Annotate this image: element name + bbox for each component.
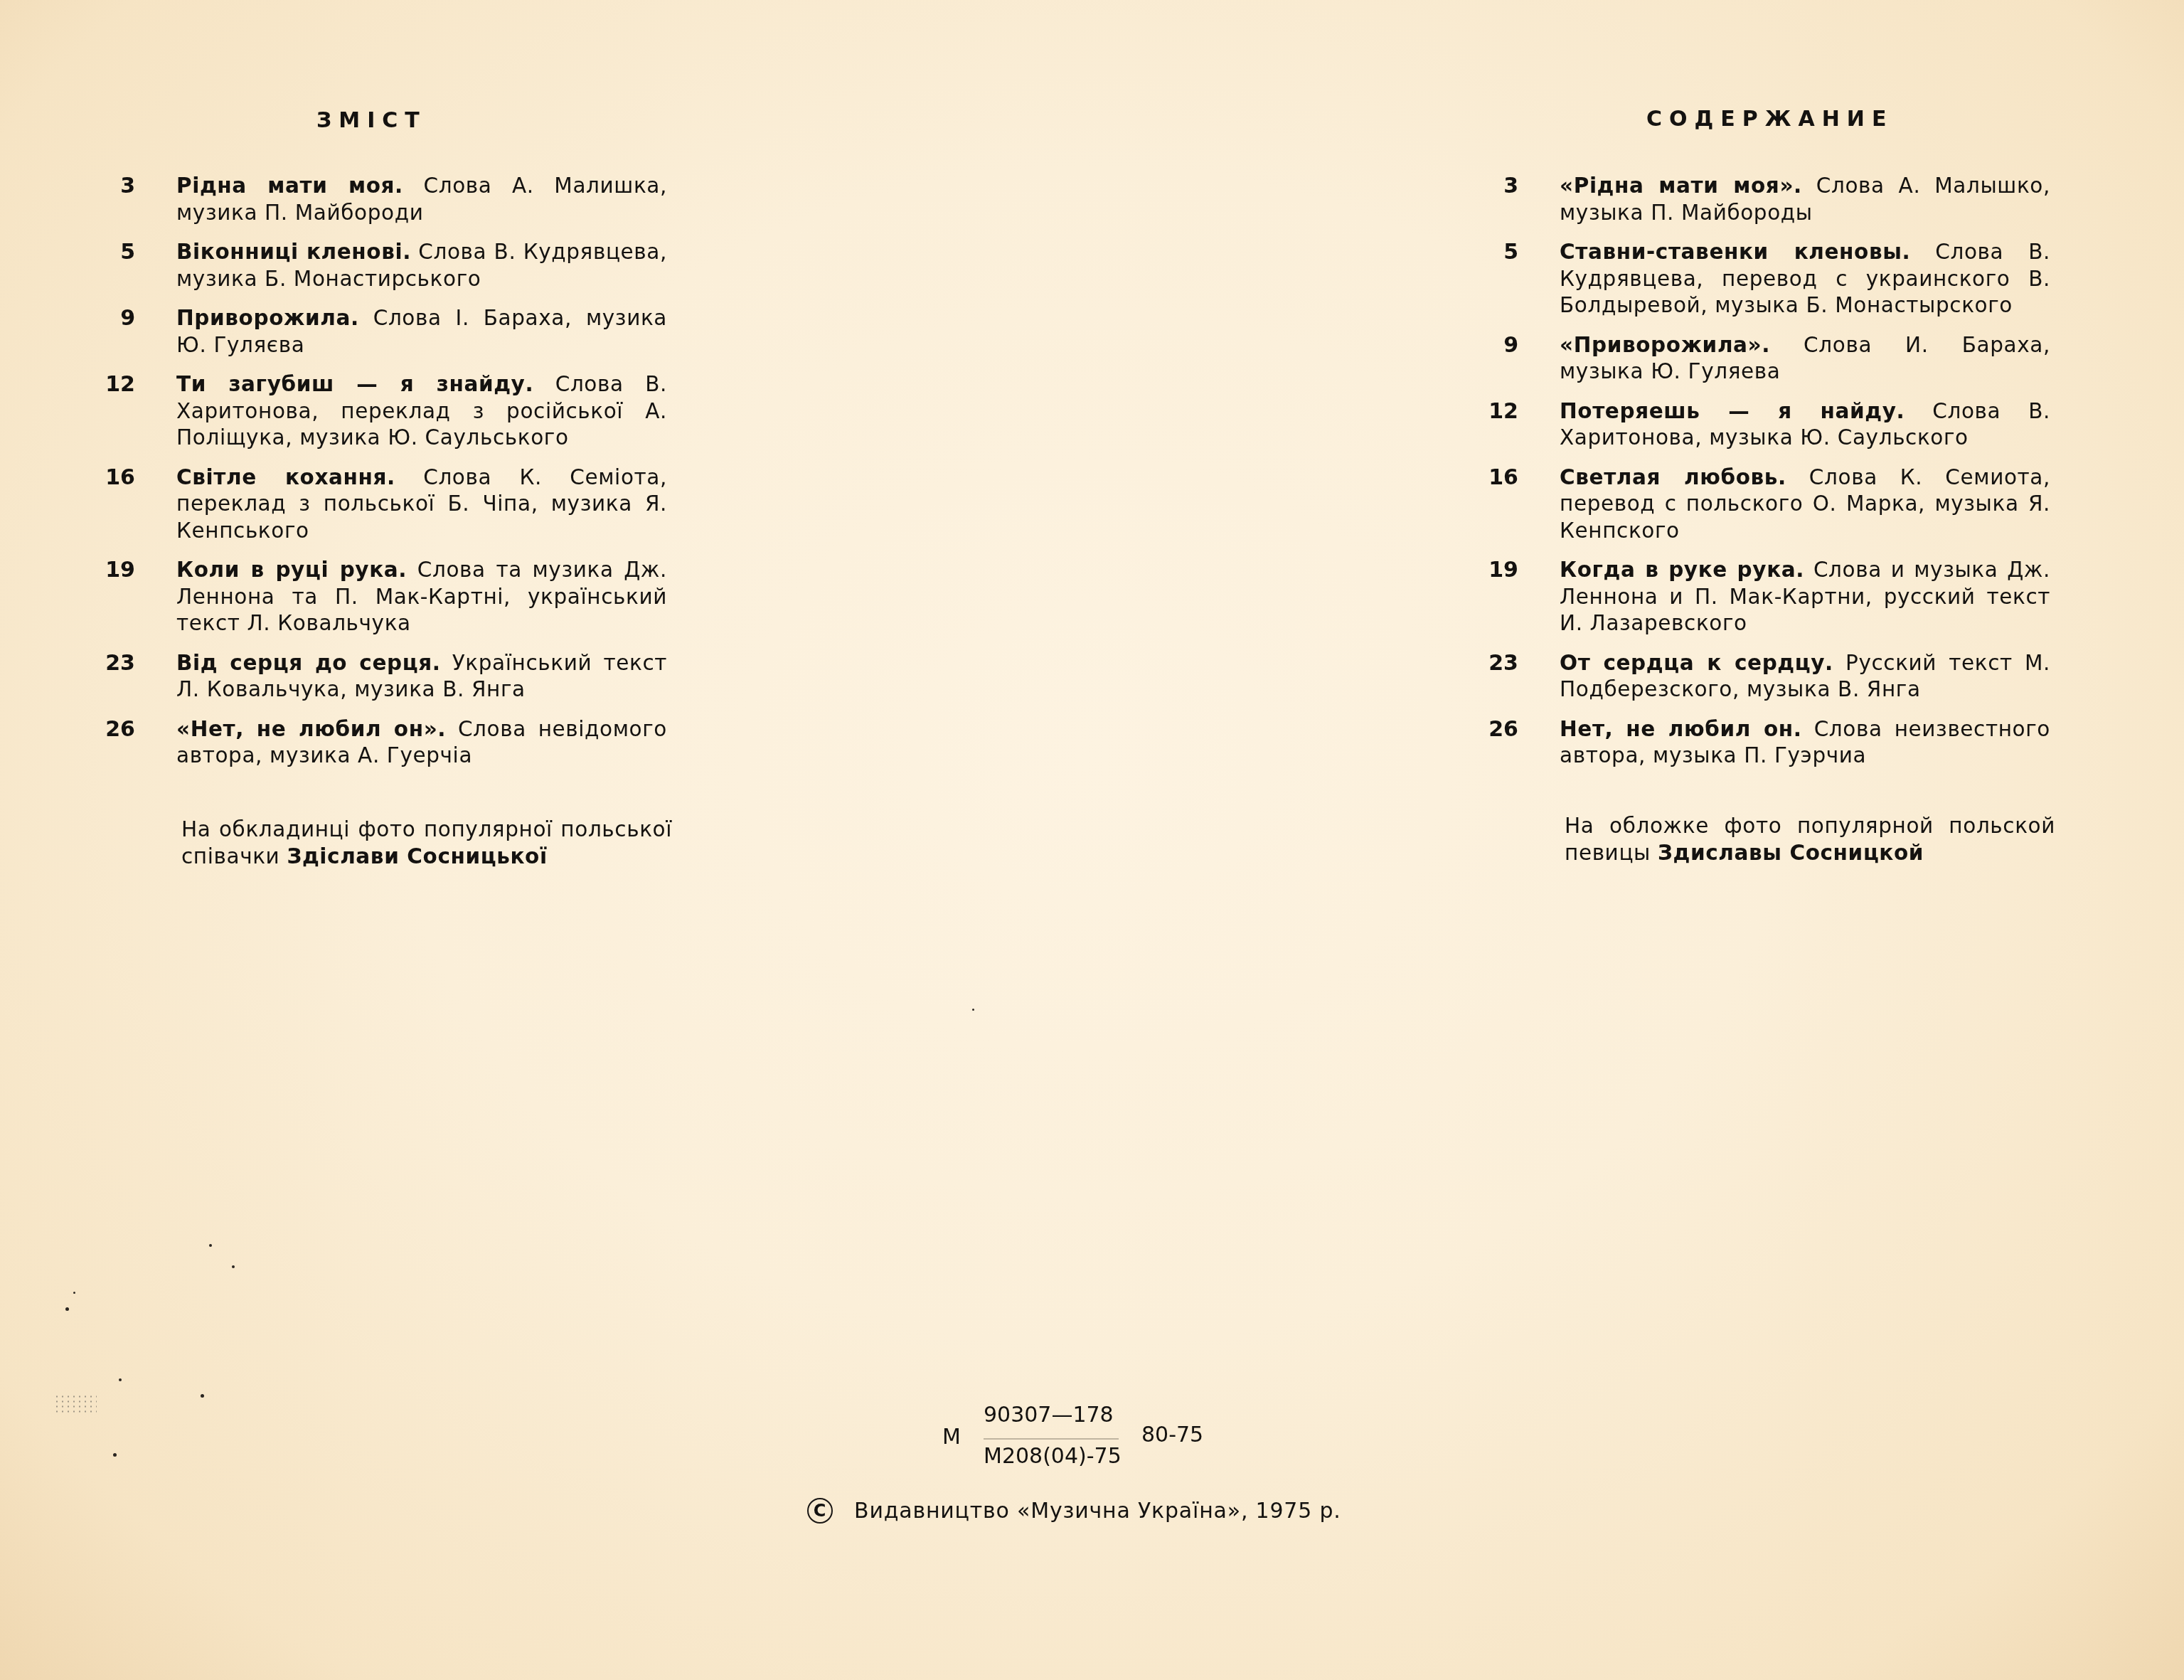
cover-note: На обкладинці фото популярної польської … [181, 817, 672, 870]
song-title: Когда в руке рука. [1560, 558, 1804, 582]
song-title: «Приворожила». [1560, 333, 1770, 357]
page-number: 16 [57, 464, 176, 545]
speck [972, 1009, 974, 1011]
singer-name: Здіслави Сосницької [287, 844, 547, 868]
page-title: ЗМІСТ [316, 108, 427, 133]
toc-entry: 9 Приворожила. Слова І. Бараха, музика Ю… [57, 305, 676, 358]
page-number: 5 [57, 239, 176, 292]
song-title: Віконниці кленові. [176, 240, 411, 264]
toc-entry: 12 Потеряешь — я найду. Слова В. Харитон… [1440, 398, 2059, 452]
page-number: 23 [1440, 650, 1560, 703]
song-title: Ти загубиш — я знайду. [176, 372, 533, 396]
page-number: 9 [1440, 332, 1560, 386]
song-title: От сердца к сердцу. [1560, 651, 1833, 675]
page-number: 9 [57, 305, 176, 358]
toc-entry: 5 Віконниці кленові. Слова В. Кудрявцева… [57, 239, 676, 292]
speck-cluster [54, 1394, 97, 1415]
toc-entry: 26 Нет, не любил он. Слова неизвестного … [1440, 716, 2059, 770]
song-title: Коли в руці рука. [176, 558, 407, 582]
page-number: 23 [57, 650, 176, 703]
song-title: Приворожила. [176, 306, 359, 330]
toc-entry: 3 «Рідна мати моя». Слова А. Малышко, му… [1440, 173, 2059, 226]
toc-list: 3 Рідна мати моя. Слова А. Малишка, музи… [57, 173, 676, 782]
imprint-numerator: 90307—178 [984, 1403, 1114, 1428]
toc-entry: 19 Коли в руці рука. Слова та музика Дж.… [57, 557, 676, 637]
page-number: 3 [1440, 173, 1560, 226]
cover-note: На обложке фото популярной польской певи… [1565, 813, 2055, 866]
speck [113, 1453, 117, 1457]
speck [119, 1378, 122, 1381]
imprint-prefix: М [942, 1425, 961, 1450]
song-title: «Нет, не любил он». [176, 717, 446, 741]
toc-entry: 12 Ти загубиш — я знайду. Слова В. Харит… [57, 371, 676, 452]
song-title: Светлая любовь. [1560, 465, 1786, 489]
imprint-code: 80-75 [1141, 1423, 1203, 1447]
page-number: 12 [57, 371, 176, 452]
song-title: Рідна мати моя. [176, 174, 403, 198]
speck [232, 1265, 235, 1268]
song-title: Світле кохання. [176, 465, 395, 489]
page-number: 26 [1440, 716, 1560, 770]
song-title: Нет, не любил он. [1560, 717, 1802, 741]
speck [65, 1307, 69, 1311]
toc-entry: 16 Світле кохання. Слова К. Семіота, пер… [57, 464, 676, 545]
copyright-icon: C [807, 1498, 833, 1524]
speck [209, 1244, 212, 1247]
page-number: 3 [57, 173, 176, 226]
toc-entry: 23 От сердца к сердцу. Русский текст М. … [1440, 650, 2059, 703]
song-title: Потеряешь — я найду. [1560, 399, 1905, 423]
toc-entry: 26 «Нет, не любил он». Слова невідомого … [57, 716, 676, 770]
singer-name: Здиславы Сосницкой [1658, 841, 1924, 865]
song-title: Ставни-ставенки кленовы. [1560, 240, 1910, 264]
toc-entry: 5 Ставни-ставенки кленовы. Слова В. Кудр… [1440, 239, 2059, 319]
song-title: «Рідна мати моя». [1560, 174, 1802, 198]
page-number: 12 [1440, 398, 1560, 452]
page-number: 19 [1440, 557, 1560, 637]
left-page-contents: ЗМІСТ 3 Рідна мати моя. Слова А. Малишка… [0, 0, 1092, 1680]
page-number: 26 [57, 716, 176, 770]
page-title: СОДЕРЖАНИЕ [1646, 107, 1893, 132]
copyright-line: C Видавництво «Музична Україна», 1975 р. [807, 1498, 1341, 1524]
right-page-contents: СОДЕРЖАНИЕ 3 «Рідна мати моя». Слова А. … [1092, 0, 2184, 1680]
toc-entry: 23 Від серця до серця. Український текст… [57, 650, 676, 703]
toc-entry: 9 «Приворожила». Слова И. Бараха, музыка… [1440, 332, 2059, 386]
toc-entry: 3 Рідна мати моя. Слова А. Малишка, музи… [57, 173, 676, 226]
page-number: 5 [1440, 239, 1560, 319]
speck [73, 1292, 75, 1294]
song-title: Від серця до серця. [176, 651, 441, 675]
page-number: 19 [57, 557, 176, 637]
fraction-divider [984, 1438, 1119, 1440]
publisher-line: Видавництво «Музична Україна», 1975 р. [854, 1499, 1341, 1524]
speck [201, 1394, 204, 1398]
toc-entry: 19 Когда в руке рука. Слова и музыка Дж.… [1440, 557, 2059, 637]
imprint-denominator: М208(04)-75 [984, 1444, 1122, 1469]
page-number: 16 [1440, 464, 1560, 545]
toc-list: 3 «Рідна мати моя». Слова А. Малышко, му… [1440, 173, 2059, 782]
toc-entry: 16 Светлая любовь. Слова К. Семиота, пер… [1440, 464, 2059, 545]
